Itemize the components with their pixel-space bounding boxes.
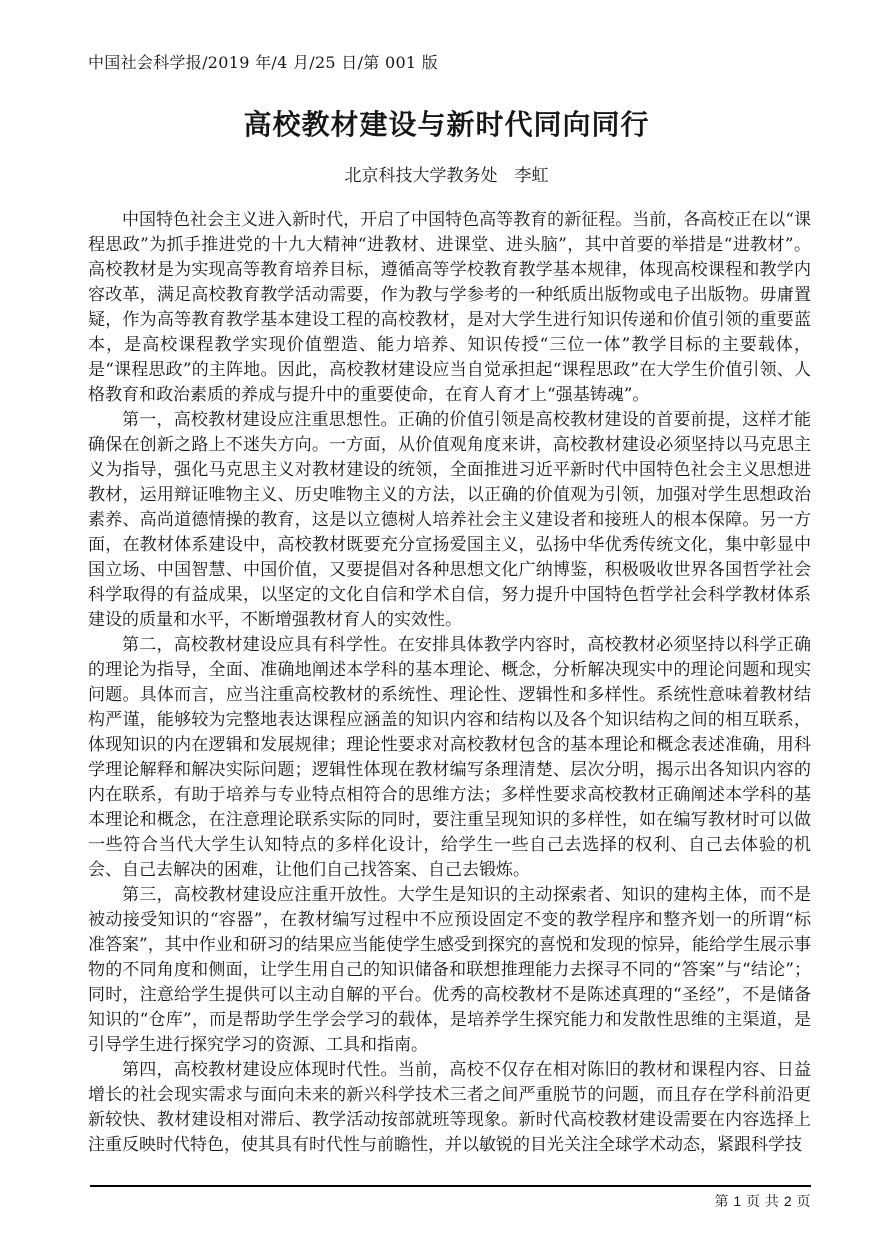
paragraph-point-1: 第一，高校教材建设应注重思想性。正确的价值引领是高校教材建设的首要前提，这样才能… [88,408,811,633]
paragraph-point-4: 第四，高校教材建设应体现时代性。当前，高校不仅存在相对陈旧的教材和课程内容、日益… [88,1058,811,1158]
document-page: 中国社会科学报/2019 年/4 月/25 日/第 001 版 高校教材建设与新… [0,0,893,1242]
footer-divider [90,1185,811,1187]
article-title: 高校教材建设与新时代同向同行 [0,103,893,143]
paragraph-intro: 中国特色社会主义进入新时代，开启了中国特色高等教育的新征程。当前，各高校正在以“… [88,208,811,408]
publication-header: 中国社会科学报/2019 年/4 月/25 日/第 001 版 [88,50,438,73]
article-byline: 北京科技大学教务处 李虹 [0,161,893,186]
article-body: 中国特色社会主义进入新时代，开启了中国特色高等教育的新征程。当前，各高校正在以“… [88,208,811,1158]
page-number: 第 1 页 共 2 页 [714,1191,811,1211]
paragraph-point-2: 第二，高校教材建设应具有科学性。在安排具体教学内容时，高校教材必须坚持以科学正确… [88,633,811,883]
paragraph-point-3: 第三，高校教材建设应注重开放性。大学生是知识的主动探索者、知识的建构主体，而不是… [88,883,811,1058]
